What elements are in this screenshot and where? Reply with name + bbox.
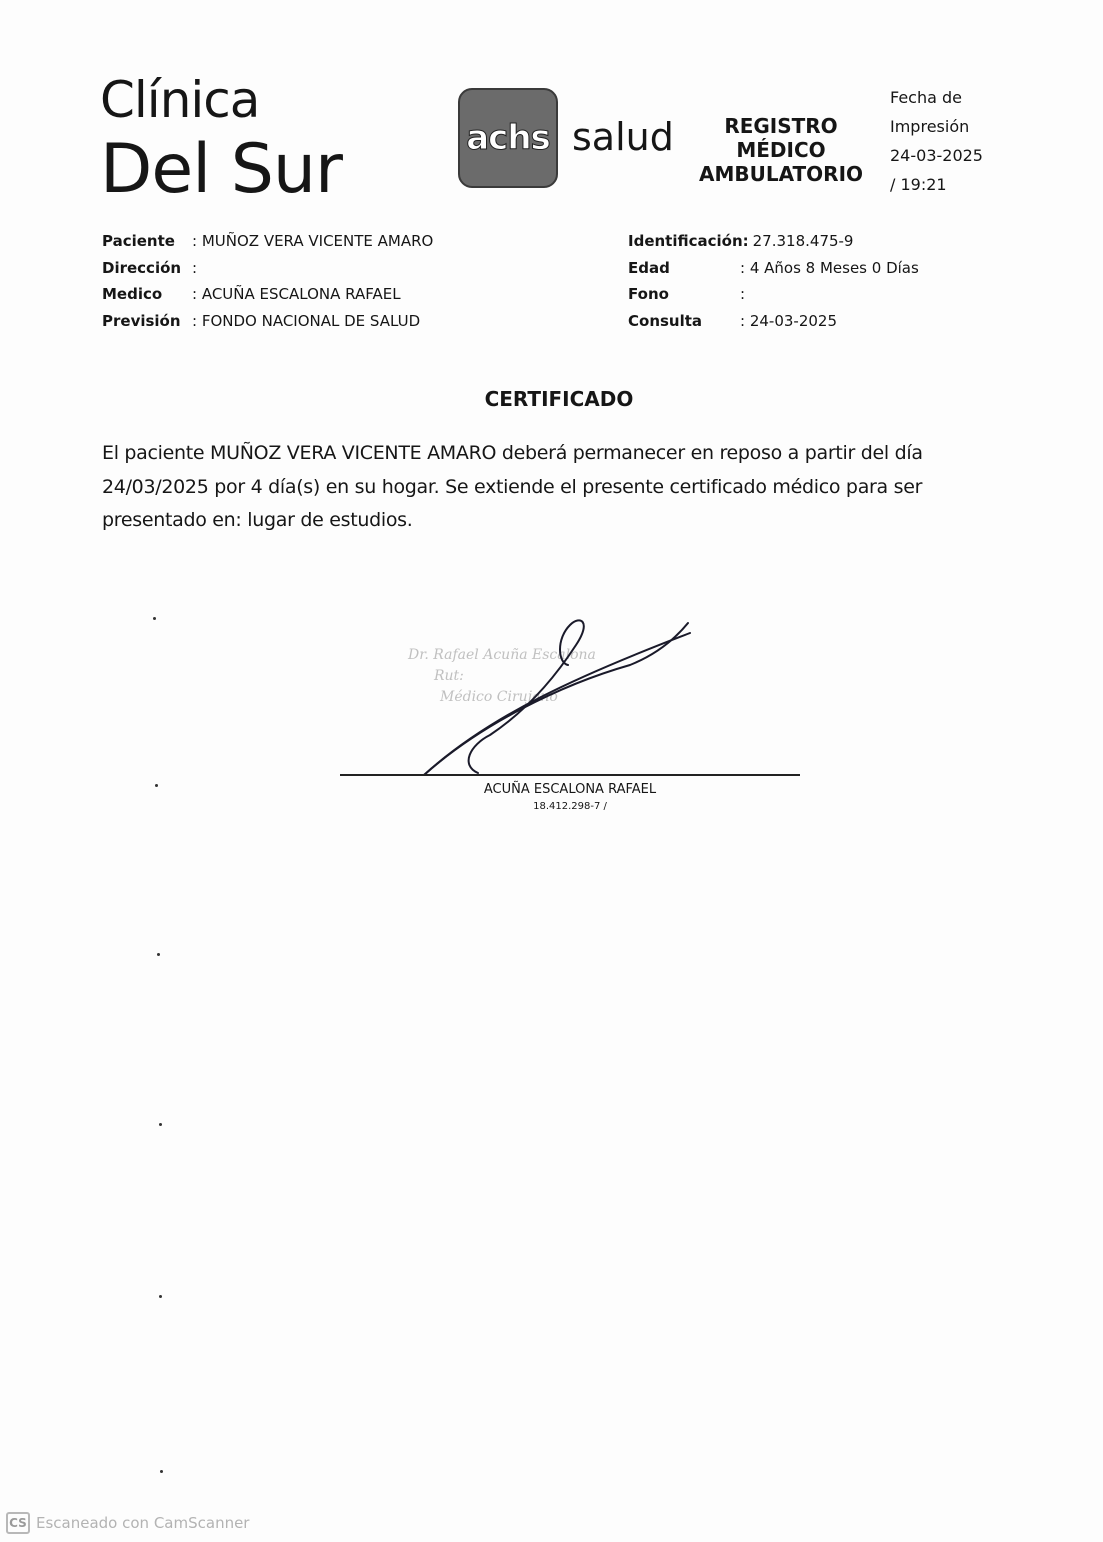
info-row-paciente: Paciente : MUÑOZ VERA VICENTE AMARO	[102, 228, 433, 255]
print-date: Fecha de Impresión 24-03-2025 / 19:21	[890, 83, 983, 199]
record-title-line2: AMBULATORIO	[680, 162, 882, 186]
info-value: : ACUÑA ESCALONA RAFAEL	[192, 281, 401, 308]
info-value: : 24-03-2025	[740, 308, 837, 335]
info-row-consulta: Consulta : 24-03-2025	[628, 308, 919, 335]
camscanner-watermark: CS Escaneado con CamScanner	[6, 1512, 249, 1534]
certificate-body: El paciente MUÑOZ VERA VICENTE AMARO deb…	[102, 437, 962, 538]
info-row-direccion: Dirección :	[102, 255, 433, 282]
achs-logo-text: achs	[460, 118, 556, 158]
info-value: : 4 Años 8 Meses 0 Días	[740, 255, 919, 282]
info-row-prevision: Previsión : FONDO NACIONAL DE SALUD	[102, 308, 433, 335]
record-title: REGISTRO MÉDICO AMBULATORIO	[680, 114, 882, 186]
info-label: Edad	[628, 255, 740, 282]
signer-rut: 18.412.298-7 /	[340, 800, 800, 814]
record-title-line1: REGISTRO MÉDICO	[680, 114, 882, 162]
info-row-fono: Fono :	[628, 281, 919, 308]
info-label: Consulta	[628, 308, 740, 335]
scan-dot	[157, 953, 160, 956]
info-label: Medico	[102, 281, 192, 308]
scan-dot	[153, 617, 156, 620]
handwritten-signature	[330, 605, 710, 785]
clinic-name-line2: Del Sur	[100, 130, 342, 210]
info-row-edad: Edad : 4 Años 8 Meses 0 Días	[628, 255, 919, 282]
info-value: :	[740, 281, 745, 308]
print-date-label-2: Impresión	[890, 112, 983, 141]
print-date-label-1: Fecha de	[890, 83, 983, 112]
info-value: : FONDO NACIONAL DE SALUD	[192, 308, 420, 335]
info-value: 27.318.475-9	[753, 228, 854, 255]
scan-dot	[159, 1123, 162, 1126]
info-label: Dirección	[102, 255, 192, 282]
info-label: Previsión	[102, 308, 192, 335]
patient-info-right: Identificación: 27.318.475-9 Edad : 4 Añ…	[628, 228, 919, 334]
camscanner-icon: CS	[6, 1512, 30, 1534]
info-row-identificacion: Identificación: 27.318.475-9	[628, 228, 919, 255]
info-value: :	[192, 255, 197, 282]
certificate-title: CERTIFICADO	[0, 387, 1103, 411]
info-label: Identificación:	[628, 228, 749, 255]
logo-suffix: salud	[572, 114, 674, 160]
scan-dot	[155, 784, 158, 787]
signer-name: ACUÑA ESCALONA RAFAEL	[340, 781, 800, 798]
scan-dot	[160, 1470, 163, 1473]
info-label: Fono	[628, 281, 740, 308]
info-label: Paciente	[102, 228, 192, 255]
info-value: : MUÑOZ VERA VICENTE AMARO	[192, 228, 433, 255]
achs-logo: achs	[458, 88, 558, 188]
info-row-medico: Medico : ACUÑA ESCALONA RAFAEL	[102, 281, 433, 308]
camscanner-text: Escaneado con CamScanner	[36, 1514, 249, 1532]
clinic-name-line1: Clínica	[100, 70, 259, 130]
signature-line	[340, 774, 800, 776]
scan-dot	[159, 1295, 162, 1298]
patient-info-left: Paciente : MUÑOZ VERA VICENTE AMARO Dire…	[102, 228, 433, 334]
print-time-value: / 19:21	[890, 170, 983, 199]
print-date-value: 24-03-2025	[890, 141, 983, 170]
